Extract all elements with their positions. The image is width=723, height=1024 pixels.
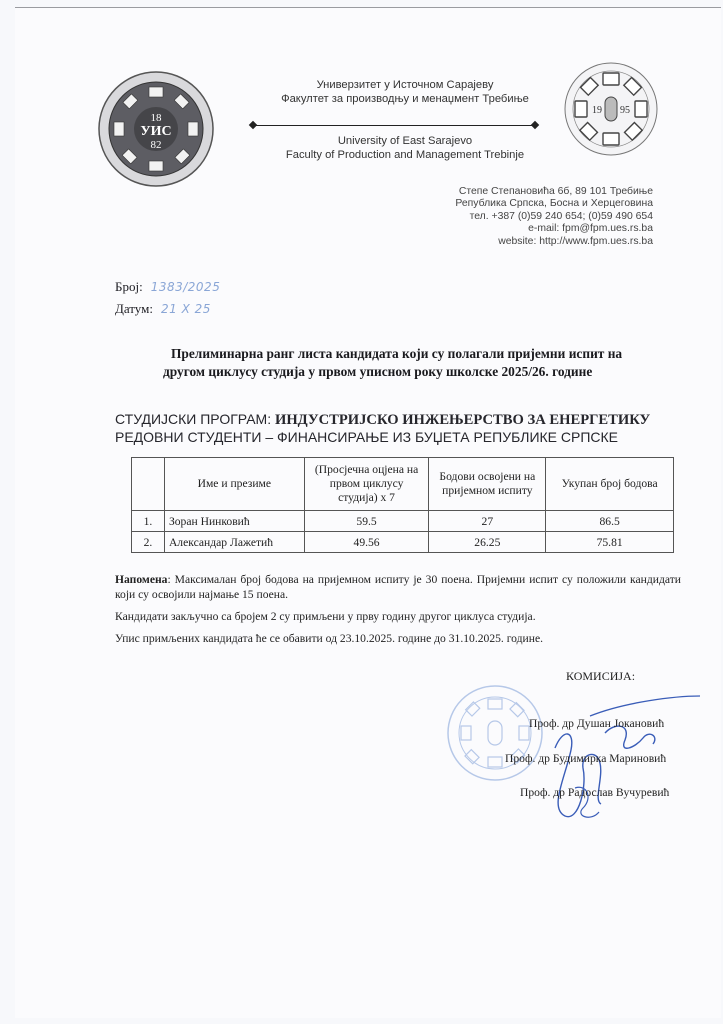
cell-name: Александар Лажетић [164,532,304,553]
cell-total: 75.81 [546,532,674,553]
note-text: : Максималан број бодова на пријемном ис… [115,573,681,601]
commission-label: КОМИСИЈА: [566,669,635,684]
university-name-cyr: Универзитет у Источном Сарајеву [255,78,555,92]
svg-text:УИС: УИС [140,124,171,139]
program-label: СТУДИЈСКИ ПРОГРАМ: [115,411,275,427]
svg-text:18: 18 [151,112,163,124]
address-website: website: http://www.fpm.ues.rs.ba [455,236,653,248]
cell-rank: 1. [132,511,165,532]
header-average: (Просјечна оцјена на првом циклусу студи… [304,458,429,511]
svg-text:95: 95 [620,105,630,116]
document-title: Прелиминарна ранг листа кандидата који с… [163,345,683,381]
header-latin: University of East Sarajevo Faculty of P… [255,134,555,162]
reference-date-label: Датум: [115,301,153,316]
svg-text:82: 82 [151,139,162,151]
study-program: СТУДИЈСКИ ПРОГРАМ: ИНДУСТРИЈСКО ИНЖЕЊЕРС… [115,411,695,445]
document-page: 18 УИС 82 Универзитет у Источном Сарајев… [15,7,721,1018]
reference-number-label: Број: [115,279,143,294]
note-paragraph: Напомена: Максималан број бодова на приј… [115,572,681,602]
commission-member: Проф. др Душан Јокановић [529,717,664,730]
cell-exam-points: 26.25 [429,532,546,553]
reference-date: Датум:21 X 25 [115,301,211,317]
reference-date-value: 21 X 25 [161,302,211,316]
address-block: Степе Степановића 6б, 89 101 Требиње Реп… [455,186,653,248]
header-cyrillic: Универзитет у Источном Сарајеву Факултет… [255,78,555,106]
title-line-2: другом циклусу студија у првом уписном р… [163,363,683,381]
university-seal-icon: 18 УИС 82 [97,70,215,188]
reference-number-value: 1383/2025 [151,280,221,294]
cell-average: 59.5 [304,511,429,532]
faculty-name-cyr: Факултет за производњу и менаџмент Треби… [255,92,555,106]
reference-number: Број:1383/2025 [115,279,220,295]
title-line-1: Прелиминарна ранг листа кандидата који с… [163,345,683,363]
commission-member: Проф. др Будимирка Мариновић [505,752,666,765]
header-rank [132,458,165,511]
address-street: Степе Степановића 6б, 89 101 Требиње [455,186,653,198]
cell-average: 49.56 [304,532,429,553]
svg-text:19: 19 [592,105,602,116]
header-exam-points: Бодови освојени на пријемном испиту [429,458,546,511]
header-divider [253,125,535,126]
address-email: e-mail: fpm@fpm.ues.rs.ba [455,223,653,235]
cell-exam-points: 27 [429,511,546,532]
program-funding: РЕДОВНИ СТУДЕНТИ – ФИНАНСИРАЊЕ ИЗ БУЏЕТА… [115,429,695,446]
note-label: Напомена [115,573,167,586]
address-country: Република Српска, Босна и Херцеговина [455,198,653,210]
cell-name: Зоран Нинковић [164,511,304,532]
faculty-seal-icon: 19 95 [563,61,659,157]
commission-member: Проф. др Радослав Вучуревић [520,786,669,799]
official-stamp-icon [445,683,545,788]
program-name: ИНДУСТРИЈСКО ИНЖЕЊЕРСТВО ЗА ЕНЕРГЕТИКУ [275,412,650,428]
table-header-row: Име и презиме (Просјечна оцјена на првом… [132,458,674,511]
notes-section: Напомена: Максималан број бодова на приј… [115,572,681,653]
header-name: Име и презиме [164,458,304,511]
cell-total: 86.5 [546,511,674,532]
ranking-table: Име и презиме (Просјечна оцјена на првом… [131,457,674,553]
cell-rank: 2. [132,532,165,553]
university-name-lat: University of East Sarajevo [255,134,555,148]
table-row: 1. Зоран Нинковић 59.5 27 86.5 [132,511,674,532]
header-total: Укупан број бодова [546,458,674,511]
faculty-name-lat: Faculty of Production and Management Tre… [255,148,555,162]
accepted-paragraph: Кандидати закључно са бројем 2 су примље… [115,609,681,624]
table-row: 2. Александар Лажетић 49.56 26.25 75.81 [132,532,674,553]
address-phone: тел. +387 (0)59 240 654; (0)59 490 654 [455,211,653,223]
enrollment-paragraph: Упис примљених кандидата ће се обавити о… [115,631,681,646]
